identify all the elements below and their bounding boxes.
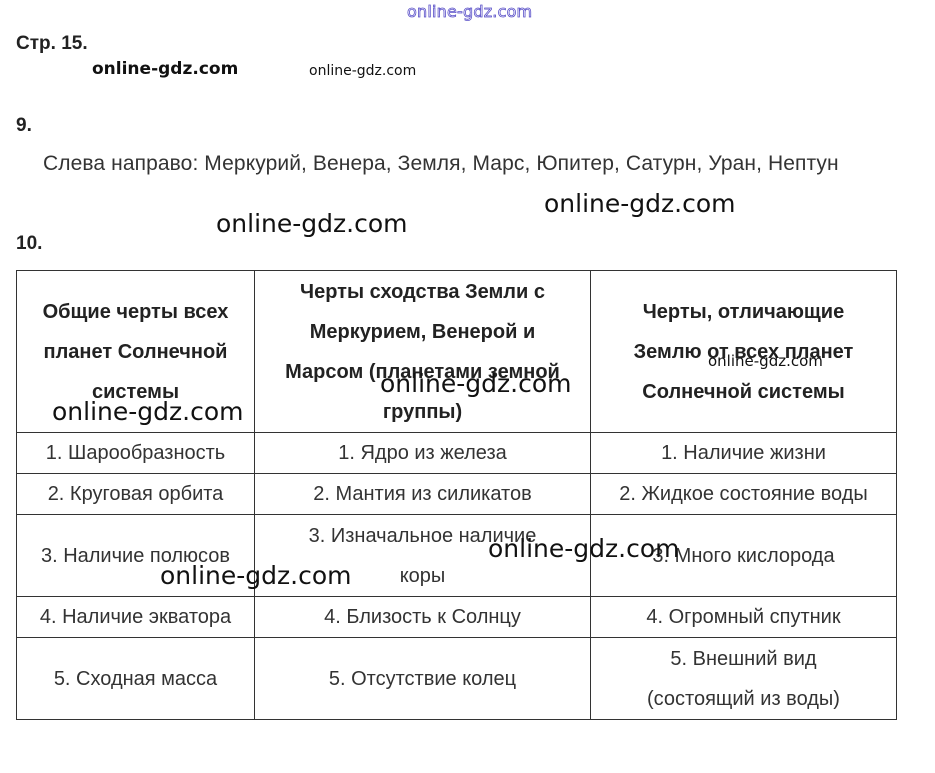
watermark: online-gdz.com	[544, 189, 735, 218]
table-cell: 2. Круговая орбита	[17, 474, 255, 515]
cell-line: 1. Ядро из железа	[259, 433, 586, 473]
cell-line: 1. Наличие жизни	[595, 433, 892, 473]
watermark: online-gdz.com	[708, 352, 823, 370]
header-line: Черты сходства Земли с	[259, 272, 586, 312]
cell-line: 5. Внешний вид	[595, 639, 892, 679]
watermark: online-gdz.com	[309, 63, 416, 79]
watermark: online-gdz.com	[52, 397, 243, 426]
table-cell: 5. Сходная масса	[17, 638, 255, 720]
cell-line: 1. Шарообразность	[21, 433, 250, 473]
watermark: online-gdz.com	[380, 369, 571, 398]
table-cell: 1. Ядро из железа	[255, 433, 591, 474]
watermark: online-gdz.com	[160, 561, 351, 590]
header-line: Меркурием, Венерой и	[259, 312, 586, 352]
cell-line: (состоящий из воды)	[595, 679, 892, 719]
task9-answer: Слева направо: Меркурий, Венера, Земля, …	[43, 152, 839, 176]
cell-line: 4. Огромный спутник	[595, 597, 892, 637]
cell-line: 5. Сходная масса	[21, 659, 250, 699]
table-cell: 4. Наличие экватора	[17, 597, 255, 638]
table-row: 3. Наличие полюсов3. Изначальное наличие…	[17, 515, 897, 597]
table-cell: 4. Близость к Солнцу	[255, 597, 591, 638]
table-cell: 2. Жидкое состояние воды	[591, 474, 897, 515]
table-cell: 5. Внешний вид(состоящий из воды)	[591, 638, 897, 720]
cell-line: 5. Отсутствие колец	[259, 659, 586, 699]
table-cell: 5. Отсутствие колец	[255, 638, 591, 720]
table-row: 2. Круговая орбита2. Мантия из силикатов…	[17, 474, 897, 515]
watermark: online-gdz.com	[488, 534, 679, 563]
header-line: Общие черты всех	[21, 292, 250, 332]
cell-line: 4. Близость к Солнцу	[259, 597, 586, 637]
cell-line: 2. Жидкое состояние воды	[595, 474, 892, 514]
watermark: online-gdz.com	[216, 209, 407, 238]
comparison-table: Общие черты всехпланет СолнечнойсистемыЧ…	[16, 270, 897, 720]
table-header-cell: Черты сходства Земли сМеркурием, Венерой…	[255, 271, 591, 433]
table-row: 1. Шарообразность1. Ядро из железа1. Нал…	[17, 433, 897, 474]
table-row: 5. Сходная масса5. Отсутствие колец5. Вн…	[17, 638, 897, 720]
table-cell: 2. Мантия из силикатов	[255, 474, 591, 515]
watermark-top: online-gdz.com	[407, 2, 532, 21]
task9-number: 9.	[16, 115, 32, 137]
cell-line: 4. Наличие экватора	[21, 597, 250, 637]
header-line: планет Солнечной	[21, 332, 250, 372]
header-line: Солнечной системы	[595, 372, 892, 412]
task10-number: 10.	[16, 233, 42, 255]
watermark: online-gdz.com	[92, 59, 238, 79]
cell-line: 2. Мантия из силикатов	[259, 474, 586, 514]
header-line: Черты, отличающие	[595, 292, 892, 332]
table-cell: 1. Шарообразность	[17, 433, 255, 474]
page-label: Стр. 15.	[16, 33, 88, 55]
cell-line: 2. Круговая орбита	[21, 474, 250, 514]
table-row: 4. Наличие экватора4. Близость к Солнцу4…	[17, 597, 897, 638]
table-cell: 4. Огромный спутник	[591, 597, 897, 638]
table-cell: 1. Наличие жизни	[591, 433, 897, 474]
